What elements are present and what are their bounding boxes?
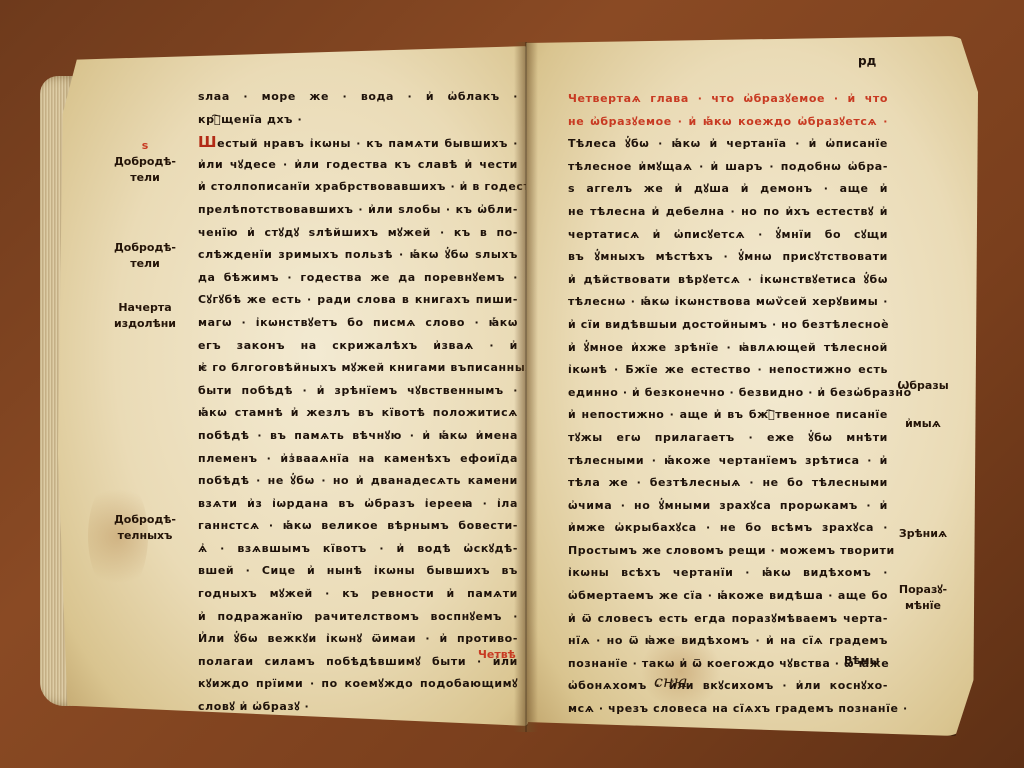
margin-note-right-1: Ѡбразы [888, 378, 958, 394]
text-line: и҆ ꙋ҆мное и҆хже зрѣнїе · ꙗ҆влѧющей тѣлес… [568, 337, 888, 360]
text-line: И҆ли ꙋ҆бѡ вежкꙋи і҆кѡнꙋ ѿимаи · и҆ проти… [198, 628, 518, 651]
text-line: полагаи силамъ побѣдѣвшимꙋ быти · и҆ли [198, 651, 518, 674]
text-line: въ ꙋ҆мныхъ мѣстѣхъ · ꙋ҆мнѡ присꙋтствоват… [568, 246, 888, 269]
open-book: ѕ Добродѣ- тели Добродѣ- тели Начерта из… [40, 36, 985, 736]
text-line: словꙋ и҆ ѡ҆бразꙋ · [198, 696, 518, 719]
margin-note-4: Добродѣ- телныхъ [110, 512, 180, 544]
text-line: не тѣлесна и҆ дебелна · но по и҆хъ естес… [568, 201, 888, 224]
margin-note-1: ѕ Добродѣ- тели [110, 138, 180, 186]
text-line: тѣлеснѡ · ꙗ҆́кѡ і҆кѡнствова мѡѷсей херꙋв… [568, 291, 888, 314]
text-line: слѣжденїи зримыхъ пользѣ · ꙗ҆́кѡ ꙋ҆бѡ ѕл… [198, 244, 518, 267]
margin-note-3: Начерта издолѣни [110, 300, 180, 332]
text-line: ѕлаа · море же · вода · и҆ ѡ҆блакъ · [198, 86, 518, 109]
text-line: единно · и҆ безконечно · безвидно · и҆ б… [568, 382, 888, 405]
text-line: магѡ · і҆кѡнствꙋетъ бо писмѧ слово · ꙗ҆́… [198, 312, 518, 335]
text-line: ѧ҆ · взѧвшымъ кївотъ · и҆ водѣ ѡ҆скꙋдѣ- [198, 538, 518, 561]
text-line: крⷭ҇щенїа дхъ · [198, 109, 518, 132]
text-line: і҆кѡны всѣхъ чертанїи · ꙗ҆́кѡ видѣхомъ · [568, 562, 888, 585]
text-line: и҆ сїи видѣвшыи достойнымъ · но безтѣлес… [568, 314, 888, 337]
text-line: да бѣжимъ · годества же да поревнꙋемъ · [198, 267, 518, 290]
chapter-heading-line: Четвертаѧ глава · что ѡ҆бразꙋемое · и҆ ч… [568, 88, 888, 111]
text-line: и҆ подражанїю рачителствомъ воспнꙋемъ · [198, 606, 518, 629]
text-line: ꙗ҆́кѡ стамнѣ и҆ жезлъ въ кївотѣ положити… [198, 402, 518, 425]
margin-note-right-2: и҆мыѧ [888, 416, 958, 432]
text-line: побѣдѣ · не ꙋ҆бѡ · но и҆ дванадесѧть кам… [198, 470, 518, 493]
right-page-text: Четвертаѧ глава · что ѡ҆бразꙋемое · и҆ ч… [568, 88, 888, 721]
text-line-initial: Шестый нравъ і҆кѡны · къ памѧти бывшихъ … [198, 131, 518, 154]
margin-note-right-4: Поразꙋ- мѣнїе [888, 582, 958, 614]
signature-mark: снꙗ [654, 672, 688, 691]
text-line: Сꙋгꙋбѣ же есть · ради слова в книгахъ пи… [198, 289, 518, 312]
text-line: Простымъ же словомъ рещи · можемъ творит… [568, 540, 888, 563]
text-line: ѡ҆чима · но ꙋ҆мными зрахꙋса прорѡкамъ · … [568, 495, 888, 518]
text-line: чертатисѧ и҆ ѡ҆писꙋетсѧ · ꙋ҆мнїи бо сꙋщи [568, 224, 888, 247]
book-gutter [514, 42, 538, 732]
text-line: і҆кѡнѣ · Бжїе же естество · непостижно е… [568, 359, 888, 382]
right-page: рд Четвертаѧ глава · что ѡ҆бразꙋемое · и… [526, 36, 978, 736]
text-line: и҆ли чꙋдесе · и҆ли годества къ славѣ и҆ … [198, 154, 518, 177]
chapter-heading-line: не ѡ҆бразꙋемое · и҆ ꙗ҆́кѡ коеждо ѡ҆бразꙋ… [568, 111, 888, 134]
catchword: Четвѣ [478, 648, 516, 661]
text-line: побѣдѣ · въ памѧть вѣчнꙋю · и҆ ꙗ҆́кѡ и҆м… [198, 425, 518, 448]
text-line: вшей · Сице и҆ нынѣ і҆кѡны бывшихъ въ [198, 560, 518, 583]
text-line: мсѧ · чрезъ словеса на сїѧхъ градемъ поз… [568, 698, 888, 721]
text-line: быти побѣдѣ · и҆ зрѣнїемъ чꙋвственнымъ · [198, 380, 518, 403]
text-line: кꙋиждо прїими · по коемꙋждо подобающимꙋ [198, 673, 518, 696]
text-line: и҆ ѿ словесъ есть егда поразꙋмѣваемъ чер… [568, 608, 888, 631]
margin-note-2: Добродѣ- тели [110, 240, 180, 272]
text-line: познанїе · такѡ и҆ ѿ коегождо чꙋвства · … [568, 653, 888, 676]
margin-note-right-3: Зрѣниѧ [888, 526, 958, 542]
text-line: егъ законъ на скрижалѣхъ и҆зваѧ · и҆ [198, 335, 518, 358]
text-line: ѡ҆бмертаемъ же сїа · ꙗ҆́коже видѣша · ащ… [568, 585, 888, 608]
text-line: нїѧ · но ѿ ꙗ҆же видѣхомъ · и҆ на сїѧ гра… [568, 630, 888, 653]
text-line: тѣла же · безтѣлесныѧ · не бо тѣлесными [568, 472, 888, 495]
text-line: и҆мже ѡ҆крыбахꙋса · не бо всѣмъ зрахꙋса … [568, 517, 888, 540]
text-line: взѧти и҆з і҆ѡрдана въ ѡ҆бразъ і҆ерееꙗ · … [198, 493, 518, 516]
text-line: ченїю и҆ стꙋдꙋ ѕлѣйшихъ мꙋжей · къ в по- [198, 222, 518, 245]
margin-numeral: ѕ [142, 139, 149, 152]
folio-number: рд [858, 54, 876, 68]
text-line: племенъ · и҆з҆вааѧнїа на каменѣхъ ефоиїд… [198, 448, 518, 471]
text-line: прелѣпотствовавшихъ · и҆ли ѕлобы · къ ѡ҆… [198, 199, 518, 222]
catchword: Вѣмы [844, 654, 879, 667]
text-line: тѣлесными · ꙗ҆́коже чертанїемъ зрѣтиса ·… [568, 450, 888, 473]
text-line: и҆ дѣйствовати вѣрꙋетсѧ · і҆кѡнствꙋетиса… [568, 269, 888, 292]
text-line: ганнстсѧ · ꙗ҆́кѡ великое вѣрнымъ бовести… [198, 515, 518, 538]
left-page: ѕ Добродѣ- тели Добродѣ- тели Начерта из… [58, 46, 528, 726]
drop-initial: Ш [198, 133, 217, 151]
text-line: ѕ аггелъ же и҆ дꙋша и҆ демонъ · аще и҆ [568, 178, 888, 201]
text-line: и҆ столпописанїи храбрствовавшихъ · и҆ в… [198, 176, 518, 199]
text-line: тѣлесное и҆мꙋщаѧ · и҆ шаръ · подобнѡ ѡ҆б… [568, 156, 888, 179]
text-line: Тѣлеса ꙋ҆бѡ · ꙗ҆́кѡ и҆ чертанїа · и҆ ѡ҆п… [568, 133, 888, 156]
left-page-text: ѕлаа · море же · вода · и҆ ѡ҆блакъ · крⷭ… [198, 86, 518, 719]
text-line: годныхъ мꙋжей · къ ревности и҆ памѧти [198, 583, 518, 606]
text-line: ѥ҆ го блгоговѣйныхъ мꙋжей книгами въписа… [198, 357, 518, 380]
text-line: тꙋжы егѡ прилагаетъ · еже ꙋ҆бѡ мнѣти [568, 427, 888, 450]
text-line: и҆ непостижно · аще и҆ въ бжⷭ҇твенное пи… [568, 404, 888, 427]
text-line: ѡ҆бонѧхомъ · и҆ли вкꙋсихомъ · и҆ли коснꙋ… [568, 675, 888, 698]
